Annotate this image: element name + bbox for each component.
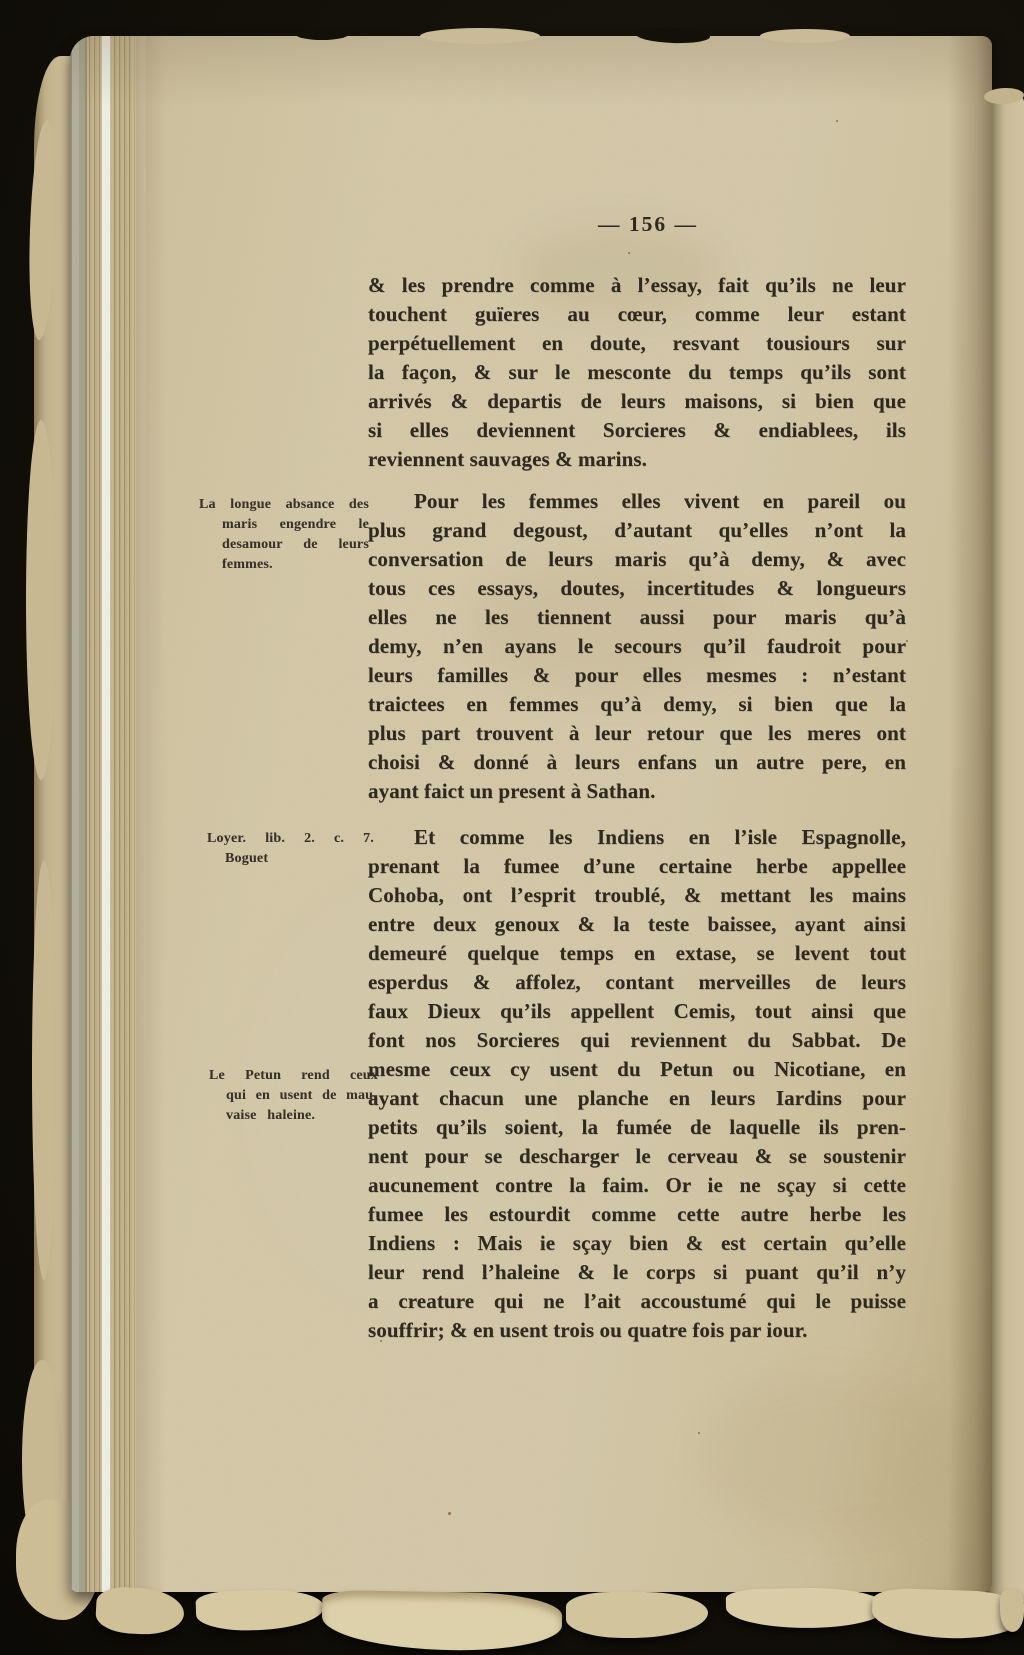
margin-note-line: vaise haleine. <box>209 1106 378 1126</box>
margin-note: Le Petun rend ceuxqui en usent de mau-va… <box>209 1066 378 1126</box>
margin-note-line: maris engendre le <box>199 515 369 535</box>
margin-note-line: Boguet <box>207 849 374 869</box>
margin-note-line: desamour de leurs <box>199 535 369 555</box>
margin-notes: La longue absance desmaris engendre lede… <box>0 0 1024 1655</box>
margin-note: Loyer. lib. 2. c. 7.Boguet <box>207 829 374 869</box>
margin-note-line: Loyer. lib. 2. c. 7. <box>207 829 374 849</box>
margin-note: La longue absance desmaris engendre lede… <box>199 495 369 575</box>
margin-note-line: La longue absance des <box>199 495 369 515</box>
margin-note-line: Le Petun rend ceux <box>209 1066 378 1086</box>
book-photo: — 156 — & les prendre comme à l’essay, f… <box>0 0 1024 1655</box>
margin-note-line: femmes. <box>199 555 369 575</box>
margin-note-line: qui en usent de mau- <box>209 1086 378 1106</box>
